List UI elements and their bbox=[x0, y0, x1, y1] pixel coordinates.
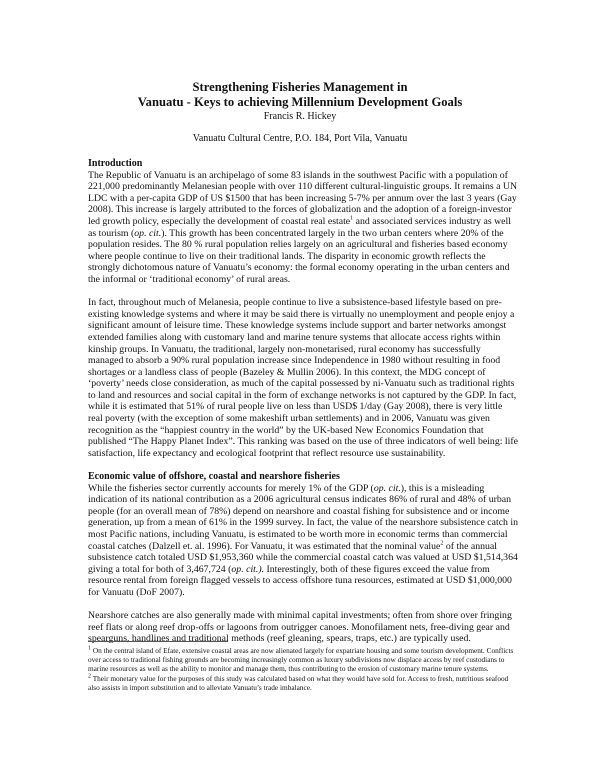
citation-italic: op. cit.). bbox=[231, 564, 264, 575]
paper-title: Strengthening Fisheries Management in Va… bbox=[0, 80, 600, 110]
document-page: Strengthening Fisheries Management in Va… bbox=[0, 0, 600, 776]
citation-italic: op. cit. bbox=[134, 228, 161, 239]
main-body: Introduction The Republic of Vanuatu is … bbox=[88, 158, 518, 645]
footnote-2: 2 Their monetary value for the purposes … bbox=[88, 674, 520, 692]
economic-paragraph-1: While the fisheries sector currently acc… bbox=[88, 483, 518, 599]
text-run: While the fisheries sector currently acc… bbox=[88, 483, 374, 494]
economic-paragraph-2: Nearshore catches are also generally mad… bbox=[88, 610, 518, 645]
section-heading-introduction: Introduction bbox=[88, 158, 518, 170]
affiliation: Vanuatu Cultural Centre, P.O. 184, Port … bbox=[0, 133, 600, 145]
author: Francis R. Hickey bbox=[0, 111, 600, 123]
title-line-2: Vanuatu - Keys to achieving Millennium D… bbox=[0, 95, 600, 110]
title-line-1: Strengthening Fisheries Management in bbox=[0, 80, 600, 95]
intro-paragraph-1: The Republic of Vanuatu is an archipelag… bbox=[88, 170, 518, 286]
footnote-1: 1 On the central island of Efate, extens… bbox=[88, 646, 520, 674]
footnote-text: On the central island of Efate, extensiv… bbox=[88, 646, 513, 673]
citation-italic: op. cit. bbox=[374, 483, 401, 494]
intro-paragraph-2: In fact, throughout much of Melanesia, p… bbox=[88, 297, 518, 459]
footnotes: 1 On the central island of Efate, extens… bbox=[88, 646, 520, 692]
footnote-divider bbox=[88, 641, 228, 642]
footnote-text: Their monetary value for the purposes of… bbox=[88, 674, 508, 692]
section-heading-economic-value: Economic value of offshore, coastal and … bbox=[88, 471, 518, 483]
